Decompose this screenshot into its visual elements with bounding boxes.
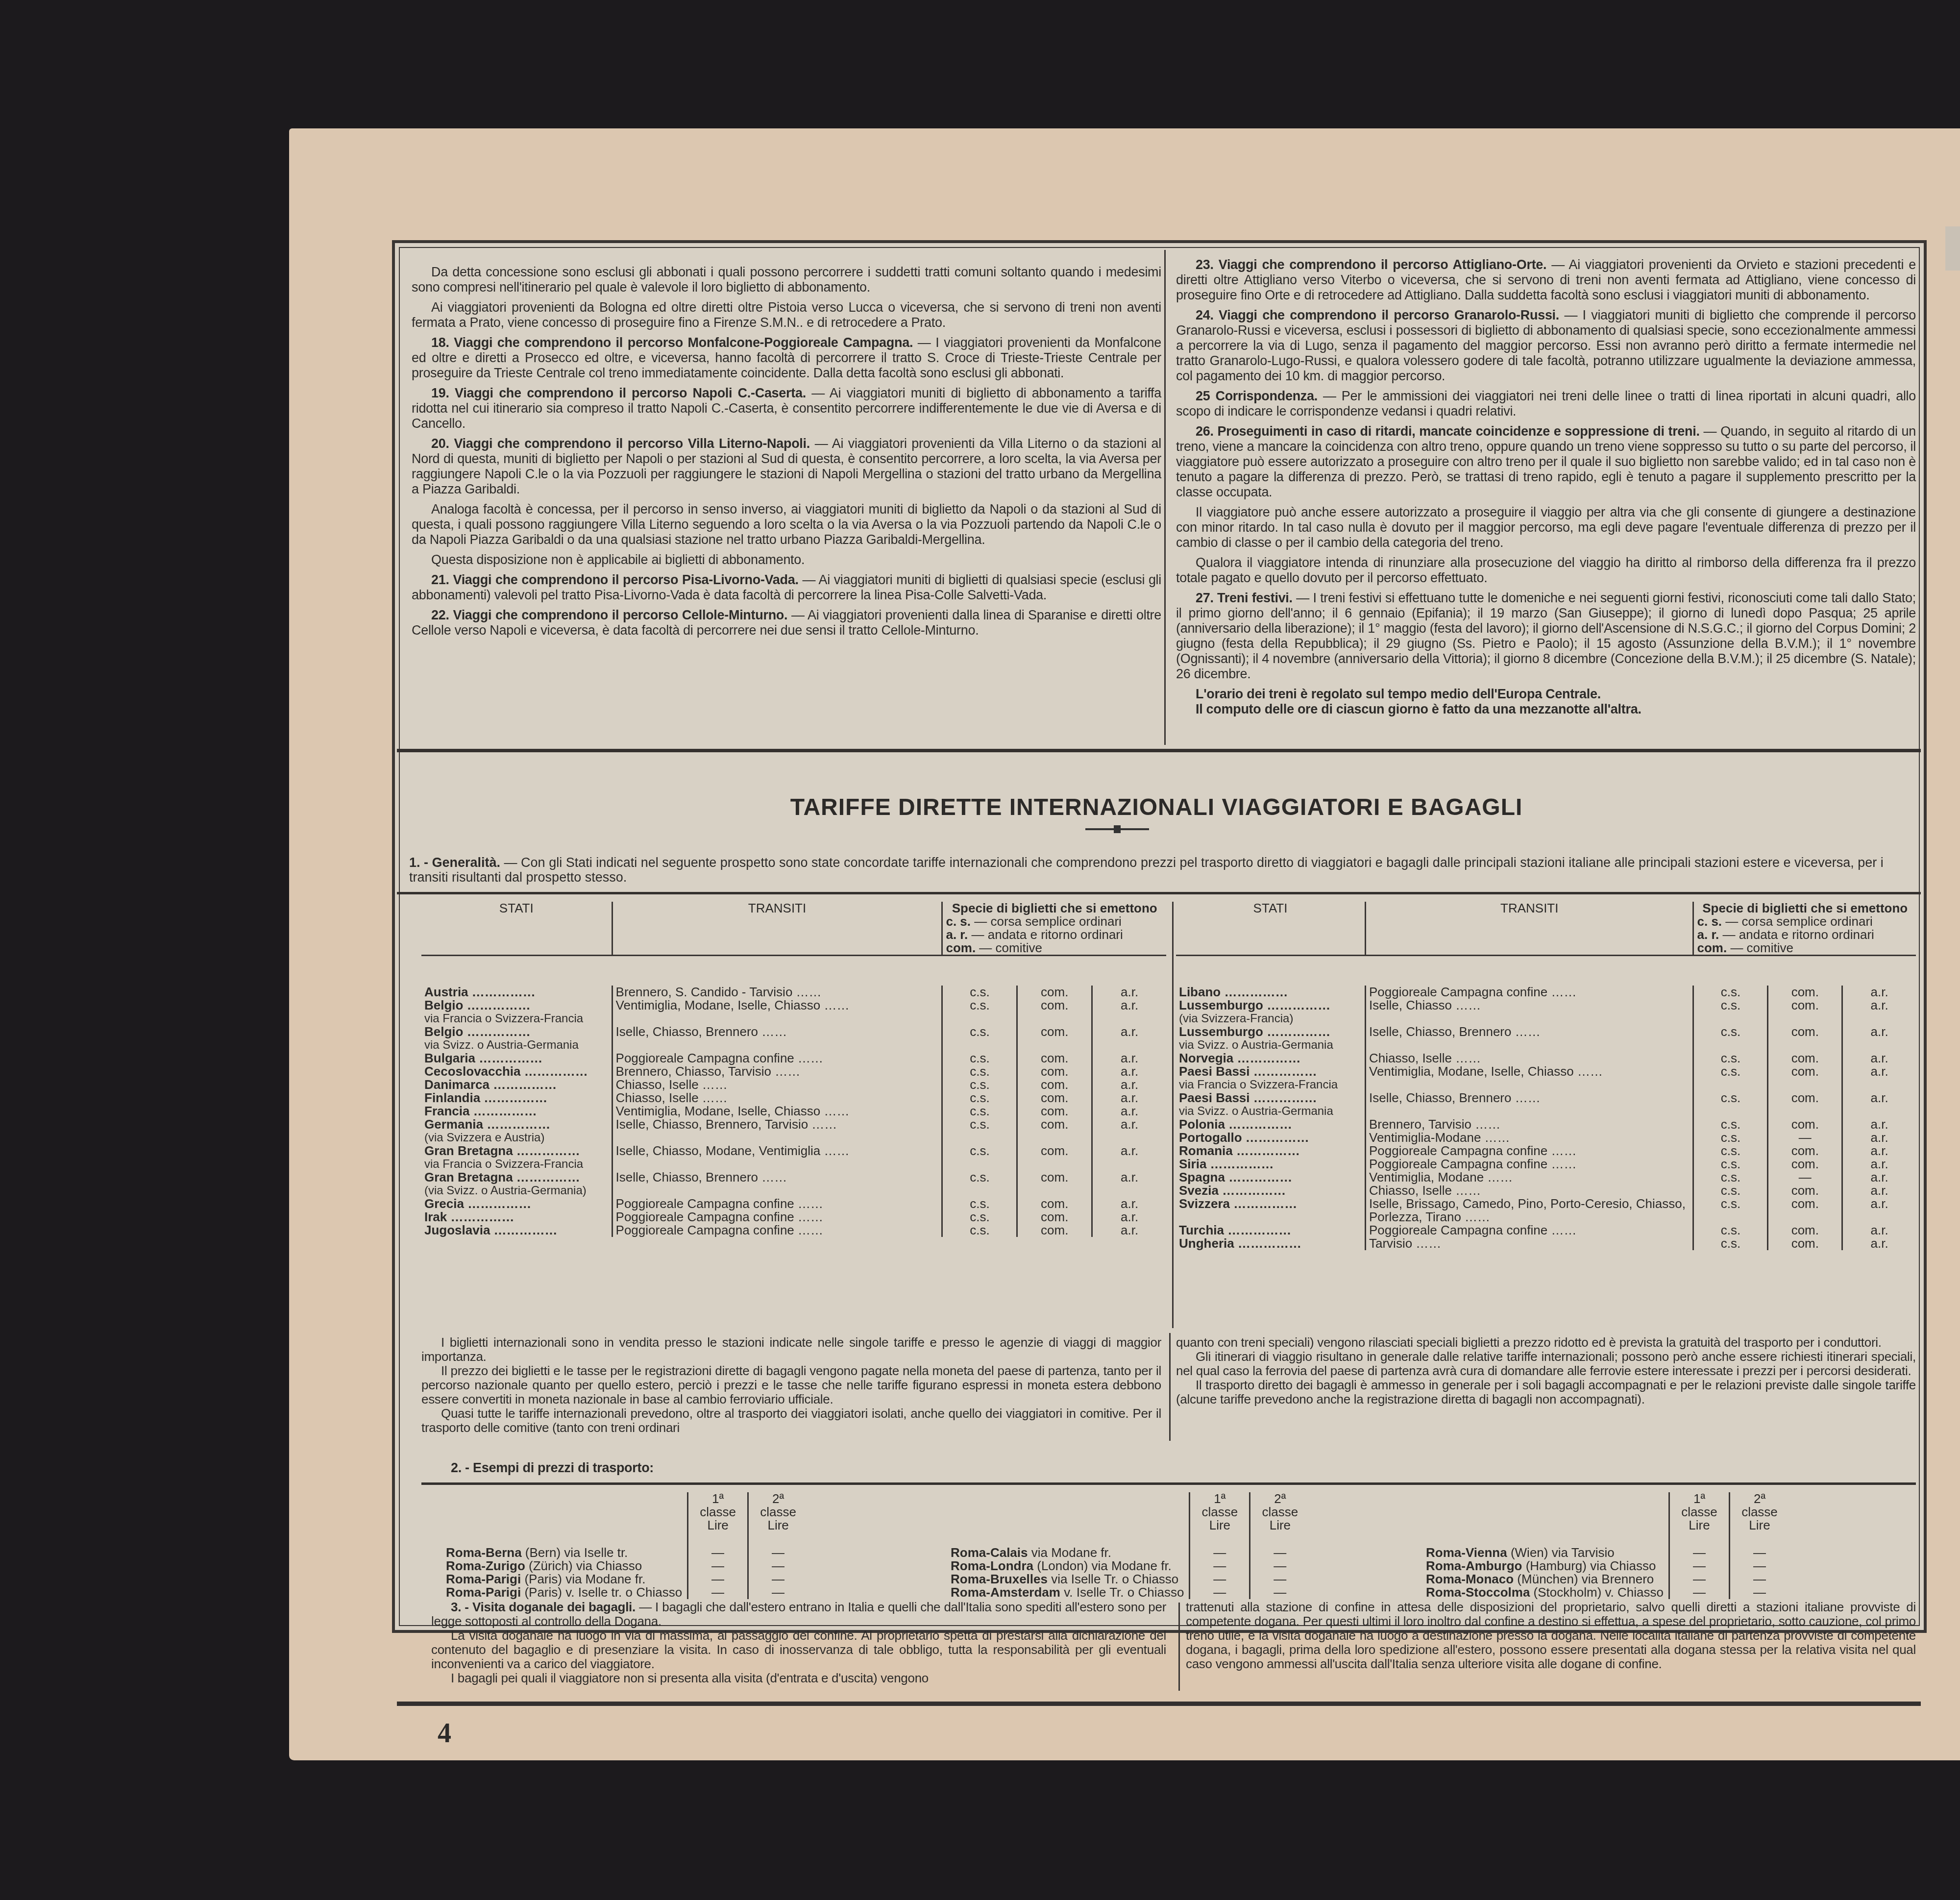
paragraph-heading: 26. Proseguimenti in caso di ritardi, ma…	[1196, 424, 1700, 439]
tariff-notes-right: quanto con treni speciali) vengono rilas…	[1176, 1335, 1916, 1406]
route-name: Roma-Stoccolma	[1426, 1585, 1530, 1600]
esempi-row: Roma-Berna (Bern) via Iselle tr.——	[441, 1546, 808, 1559]
stato-cell: Turchia ……………	[1176, 1224, 1366, 1237]
transiti-cell: Brennero, Chiasso, Tarvisio ……	[612, 1065, 942, 1078]
transiti-cell: Ventimiglia-Modane ……	[1366, 1131, 1693, 1144]
ticket-com: com.	[1017, 1144, 1092, 1171]
paragraph: Gli itinerari di viaggio risultano in ge…	[1176, 1350, 1916, 1378]
ticket-cs: c.s.	[1693, 999, 1768, 1025]
stato-cell: Lussemburgo ……………via Svizz. o Austria-Ge…	[1176, 1025, 1366, 1052]
route-cell: Roma-Monaco (München) via Brennero	[1421, 1573, 1669, 1586]
legend-code: c. s.	[1697, 914, 1722, 929]
paragraph-heading: 27. Treni festivi.	[1196, 591, 1293, 605]
esempi-row: Roma-Londra (London) via Modane fr.——	[946, 1559, 1309, 1573]
transiti-cell: Chiasso, Iselle ……	[1366, 1184, 1693, 1197]
legend-desc: — comitive	[1727, 940, 1793, 955]
page-number: 4	[438, 1718, 451, 1749]
route-cell: Roma-Calais via Modane fr.	[946, 1546, 1190, 1559]
paragraph-heading: 18. Viaggi che comprendono il percorso M…	[431, 335, 913, 350]
paragraph: Qualora il viaggiatore intenda di rinunz…	[1176, 555, 1916, 586]
price-2nd: —	[1250, 1573, 1310, 1586]
stato-cell: Norvegia ……………	[1176, 1052, 1366, 1065]
transiti-cell: Iselle, Chiasso, Modane, Ventimiglia ……	[612, 1144, 942, 1171]
paragraph: La visita doganale ha luogo in via di ma…	[431, 1629, 1166, 1671]
ticket-cs: c.s.	[942, 1171, 1017, 1197]
ticket-cs: c.s.	[942, 1065, 1017, 1078]
stato-name: Romania ……………	[1179, 1143, 1300, 1158]
transiti-cell: Poggioreale Campagna confine ……	[612, 1197, 942, 1210]
table-row: Belgio ……………via Francia o Svizzera-Franc…	[421, 999, 1166, 1025]
transiti-cell: Ventimiglia, Modane, Iselle, Chiasso ……	[612, 999, 942, 1025]
table-row: Gran Bretagna ……………via Francia o Svizzer…	[421, 1144, 1166, 1171]
ticket-ar: a.r.	[1842, 1118, 1916, 1131]
esempi-row: Roma-Amburgo (Hamburg) via Chiasso——	[1421, 1559, 1789, 1573]
ticket-com: com.	[1017, 1052, 1092, 1065]
transiti-cell: Iselle, Chiasso, Brennero ……	[1366, 1025, 1693, 1052]
paragraph: quanto con treni speciali) vengono rilas…	[1176, 1335, 1916, 1350]
price-2nd: —	[748, 1586, 808, 1599]
route-name: Roma-Parigi	[446, 1585, 521, 1600]
paragraph: Ai viaggiatori provenienti da Bologna ed…	[412, 300, 1161, 330]
paragraph-heading: 25 Corrispondenza.	[1196, 389, 1318, 403]
paragraph: Da detta concessione sono esclusi gli ab…	[412, 265, 1161, 295]
table-row: Danimarca ……………Chiasso, Iselle ……c.s.com…	[421, 1078, 1166, 1091]
paragraph: Il viaggiatore può anche essere autorizz…	[1176, 505, 1916, 550]
route-name: Roma-Parigi	[446, 1572, 521, 1586]
ticket-ar: a.r.	[1092, 1171, 1166, 1197]
legend-desc: — comitive	[976, 940, 1042, 955]
stato-name: Spagna ……………	[1179, 1170, 1292, 1184]
route-cell: Roma-Amburgo (Hamburg) via Chiasso	[1421, 1559, 1669, 1573]
generalita-paragraph: 1. - Generalità. — Con gli Stati indicat…	[409, 855, 1918, 885]
table-row: Francia ……………Ventimiglia, Modane, Iselle…	[421, 1105, 1166, 1118]
table-row: Turchia ……………Poggioreale Campagna confin…	[1176, 1224, 1916, 1237]
visita-divider	[1178, 1603, 1180, 1691]
stato-route: via Svizz. o Austria-Germania	[1179, 1105, 1362, 1118]
price-1st: —	[688, 1559, 748, 1573]
esempi-rule	[421, 1482, 1916, 1485]
stato-cell: Danimarca ……………	[421, 1078, 612, 1091]
class-header-1: 1ª classe Lire	[1190, 1492, 1250, 1546]
price-1st: —	[1669, 1546, 1729, 1559]
stato-route: (via Svizz. o Austria-Germania)	[424, 1184, 609, 1197]
price-1st: —	[1190, 1546, 1250, 1559]
paragraph: trattenuti alla stazione di confine in a…	[1186, 1600, 1916, 1671]
ticket-cs: c.s.	[942, 1078, 1017, 1091]
route-name: Roma-Vienna	[1426, 1545, 1507, 1560]
ticket-com: —	[1768, 1131, 1842, 1144]
paragraph-text: Il viaggiatore può anche essere autorizz…	[1176, 505, 1916, 550]
ticket-ar: a.r.	[1842, 999, 1916, 1025]
ticket-com: com.	[1768, 999, 1842, 1025]
ticket-ar: a.r.	[1092, 1065, 1166, 1078]
price-2nd: —	[1250, 1559, 1310, 1573]
price-1st: —	[688, 1546, 748, 1559]
table-row: Romania ……………Poggioreale Campagna confin…	[1176, 1144, 1916, 1158]
ticket-cs: c.s.	[942, 1144, 1017, 1171]
class-header-2: 2ª classe Lire	[1250, 1492, 1310, 1546]
specie-title: Specie di biglietti che si emettono	[946, 902, 1163, 915]
price-1st: —	[1190, 1559, 1250, 1573]
table-row: Jugoslavia ……………Poggioreale Campagna con…	[421, 1224, 1166, 1237]
stato-route: via Svizz. o Austria-Germania	[1179, 1038, 1362, 1052]
stato-name: Paesi Bassi ……………	[1179, 1090, 1317, 1105]
ticket-com: com.	[1768, 1052, 1842, 1065]
paragraph: Questa disposizione non è applicabile ai…	[412, 552, 1161, 568]
stato-name: Austria ……………	[424, 985, 536, 999]
ticket-cs: c.s.	[942, 1091, 1017, 1105]
stato-cell: Paesi Bassi ……………via Francia o Svizzera-…	[1176, 1065, 1366, 1091]
ticket-com: —	[1768, 1171, 1842, 1184]
ticket-com: com.	[1017, 1171, 1092, 1197]
ticket-ar: a.r.	[1092, 1025, 1166, 1052]
legend-item: com. — comitive	[946, 941, 1163, 955]
stato-route: via Svizz. o Austria-Germania	[424, 1038, 609, 1052]
ticket-com: com.	[1768, 1184, 1842, 1197]
header-stati: STATI	[1176, 902, 1366, 956]
stato-cell: Svizzera ……………	[1176, 1197, 1366, 1224]
transiti-cell: Chiasso, Iselle ……	[1366, 1052, 1693, 1065]
right-column: 23. Viaggi che comprendono il percorso A…	[1176, 257, 1916, 717]
route-detail: (Paris) v. Iselle tr. o Chiasso	[521, 1585, 682, 1600]
ticket-ar: a.r.	[1842, 1158, 1916, 1171]
stato-cell: Cecoslovacchia ……………	[421, 1065, 612, 1078]
route-detail: (London) via Modane fr.	[1033, 1558, 1172, 1573]
paragraph: 24. Viaggi che comprendono il percorso G…	[1176, 308, 1916, 384]
spacer	[421, 956, 1166, 986]
price-1st: —	[1669, 1559, 1729, 1573]
stato-name: Belgio ……………	[424, 1024, 531, 1039]
stato-name: Paesi Bassi ……………	[1179, 1064, 1317, 1079]
stato-route: via Francia o Svizzera-Francia	[424, 1012, 609, 1025]
table-row: Belgio ……………via Svizz. o Austria-Germani…	[421, 1025, 1166, 1052]
header-transiti: TRANSITI	[612, 902, 942, 956]
route-cell: Roma-Parigi (Paris) via Modane fr.	[441, 1573, 688, 1586]
transiti-cell: Tarvisio ……	[1366, 1237, 1693, 1250]
ticket-cs: c.s.	[1693, 1131, 1768, 1144]
stato-name: Germania ……………	[424, 1117, 550, 1132]
paragraph-heading: 24. Viaggi che comprendono il percorso G…	[1196, 308, 1559, 322]
table-top-rule	[397, 892, 1921, 894]
table-header-row: STATITRANSITISpecie di biglietti che si …	[421, 902, 1166, 956]
route-cell: Roma-Parigi (Paris) v. Iselle tr. o Chia…	[441, 1586, 688, 1599]
table-row: Lussemburgo ……………via Svizz. o Austria-Ge…	[1176, 1025, 1916, 1052]
price-1st: —	[1190, 1573, 1250, 1586]
paragraph-heading: 20. Viaggi che comprendono il percorso V…	[431, 436, 810, 451]
ticket-cs: c.s.	[942, 999, 1017, 1025]
route-detail: (München) via Brennero	[1514, 1572, 1654, 1586]
price-2nd: —	[748, 1573, 808, 1586]
ticket-com: com.	[1768, 1197, 1842, 1224]
legend-item: com. — comitive	[1697, 941, 1913, 955]
table-row: Svezia ……………Chiasso, Iselle ……c.s.com.a.…	[1176, 1184, 1916, 1197]
route-detail: (Stockholm) v. Chiasso	[1530, 1585, 1664, 1600]
ticket-com: com.	[1768, 1144, 1842, 1158]
route-cell: Roma-Stoccolma (Stockholm) v. Chiasso	[1421, 1586, 1669, 1599]
stato-cell: Francia ……………	[421, 1105, 612, 1118]
timetable-note: Il computo delle ore di ciascun giorno è…	[1176, 702, 1916, 717]
stato-cell: Irak ……………	[421, 1210, 612, 1224]
route-cell: Roma-Amsterdam v. Iselle Tr. o Chiasso	[946, 1586, 1190, 1599]
visita-right: trattenuti alla stazione di confine in a…	[1186, 1600, 1916, 1676]
stato-cell: Gran Bretagna ……………via Francia o Svizzer…	[421, 1144, 612, 1171]
ticket-ar: a.r.	[1842, 1091, 1916, 1118]
route-cell: Roma-Bruxelles via Iselle Tr. o Chiasso	[946, 1573, 1190, 1586]
paragraph-text: Ai viaggiatori provenienti da Bologna ed…	[412, 300, 1161, 330]
ticket-cs: c.s.	[1693, 1224, 1768, 1237]
esempi-table: 1ª classe Lire2ª classe LireRoma-Calais …	[946, 1492, 1309, 1599]
paragraph-text: Questa disposizione non è applicabile ai…	[431, 552, 805, 567]
ticket-cs: c.s.	[1693, 1025, 1768, 1052]
ticket-com: com.	[1017, 999, 1092, 1025]
stato-cell: Bulgaria ……………	[421, 1052, 612, 1065]
paragraph-heading: 22. Viaggi che comprendono il percorso C…	[431, 608, 787, 622]
stato-name: Libano ……………	[1179, 985, 1288, 999]
route-detail: (Paris) via Modane fr.	[521, 1572, 645, 1586]
stato-cell: Austria ……………	[421, 986, 612, 999]
route-name: Roma-Amburgo	[1426, 1558, 1522, 1573]
route-detail: (Hamburg) via Chiasso	[1522, 1558, 1656, 1573]
transiti-cell: Iselle, Chiasso, Brennero ……	[1366, 1091, 1693, 1118]
ticket-com: com.	[1017, 986, 1092, 999]
stato-route: (via Svizzera-Francia)	[1179, 1012, 1362, 1025]
price-1st: —	[688, 1586, 748, 1599]
transiti-cell: Ventimiglia, Modane, Iselle, Chiasso ……	[1366, 1065, 1693, 1091]
paragraph: I bagagli pei quali il viaggiatore non s…	[431, 1671, 1166, 1685]
ticket-cs: c.s.	[1693, 1052, 1768, 1065]
stato-cell: Siria ……………	[1176, 1158, 1366, 1171]
price-2nd: —	[1250, 1546, 1310, 1559]
paragraph-heading: 21. Viaggi che comprendono il percorso P…	[431, 572, 799, 587]
ticket-cs: c.s.	[1693, 1091, 1768, 1118]
stato-name: Francia ……………	[424, 1104, 537, 1118]
ticket-cs: c.s.	[942, 1210, 1017, 1224]
stato-name: Bulgaria ……………	[424, 1051, 542, 1065]
stato-cell: Germania ……………(via Svizzera e Austria)	[421, 1118, 612, 1144]
price-2nd: —	[1729, 1559, 1789, 1573]
route-cell: Roma-Londra (London) via Modane fr.	[946, 1559, 1190, 1573]
column-divider	[1164, 250, 1166, 745]
ticket-ar: a.r.	[1842, 1197, 1916, 1224]
table-row: Siria ……………Poggioreale Campagna confine …	[1176, 1158, 1916, 1171]
esempi-row: Roma-Bruxelles via Iselle Tr. o Chiasso—…	[946, 1573, 1309, 1586]
stati-table-left: STATITRANSITISpecie di biglietti che si …	[421, 902, 1166, 1237]
transiti-cell: Poggioreale Campagna confine ……	[612, 1224, 942, 1237]
price-2nd: —	[1250, 1586, 1310, 1599]
paragraph-text: Qualora il viaggiatore intenda di rinunz…	[1176, 555, 1916, 585]
ticket-ar: a.r.	[1842, 1237, 1916, 1250]
stato-name: Svizzera ……………	[1179, 1196, 1297, 1211]
route-name: Roma-Londra	[951, 1558, 1033, 1573]
esempi-row: Roma-Calais via Modane fr.——	[946, 1546, 1309, 1559]
stato-name: Grecia ……………	[424, 1196, 531, 1211]
route-detail: via Iselle Tr. o Chiasso	[1048, 1572, 1178, 1586]
esempi-header: 1ª classe Lire2ª classe Lire	[1421, 1492, 1789, 1546]
stato-name: Polonia ……………	[1179, 1117, 1292, 1132]
stato-name: Svezia ……………	[1179, 1183, 1286, 1198]
esempi-row: Roma-Zurigo (Zürich) via Chiasso——	[441, 1559, 808, 1573]
transiti-cell: Chiasso, Iselle ……	[612, 1091, 942, 1105]
table-row: Lussemburgo ……………(via Svizzera-Francia)I…	[1176, 999, 1916, 1025]
stato-cell: Finlandia ……………	[421, 1091, 612, 1105]
ticket-cs: c.s.	[1693, 1197, 1768, 1224]
route-name: Roma-Amsterdam	[951, 1585, 1060, 1600]
stato-cell: Belgio ……………via Svizz. o Austria-Germani…	[421, 1025, 612, 1052]
route-name: Roma-Bruxelles	[951, 1572, 1048, 1586]
route-detail: v. Iselle Tr. o Chiasso	[1060, 1585, 1184, 1600]
esempi-row: Roma-Parigi (Paris) via Modane fr.——	[441, 1573, 808, 1586]
ticket-cs: c.s.	[942, 1025, 1017, 1052]
transiti-cell: Poggioreale Campagna confine ……	[1366, 986, 1693, 999]
stato-cell: Belgio ……………via Francia o Svizzera-Franc…	[421, 999, 612, 1025]
stato-name: Danimarca ……………	[424, 1077, 557, 1092]
ticket-cs: c.s.	[1693, 1118, 1768, 1131]
ticket-com: com.	[1768, 1158, 1842, 1171]
class-header-1: 1ª classe Lire	[1669, 1492, 1729, 1546]
ticket-cs: c.s.	[1693, 1237, 1768, 1250]
ticket-ar: a.r.	[1092, 1144, 1166, 1171]
ticket-ar: a.r.	[1092, 1224, 1166, 1237]
legend-code: c. s.	[946, 914, 971, 929]
esempi-header: 1ª classe Lire2ª classe Lire	[441, 1492, 808, 1546]
ticket-com: com.	[1017, 1210, 1092, 1224]
transiti-cell: Iselle, Brissago, Camedo, Pino, Porto-Ce…	[1366, 1197, 1693, 1224]
spacer	[1176, 956, 1916, 986]
table-row: Ungheria ……………Tarvisio ……c.s.com.a.r.	[1176, 1237, 1916, 1250]
route-header	[441, 1492, 688, 1546]
table-row: Polonia ……………Brennero, Tarvisio ……c.s.co…	[1176, 1118, 1916, 1131]
table-row: Austria ……………Brennero, S. Candido - Tarv…	[421, 986, 1166, 999]
stato-route: (via Svizzera e Austria)	[424, 1131, 609, 1144]
paragraph: Il trasporto diretto dei bagagli è ammes…	[1176, 1378, 1916, 1406]
ticket-com: com.	[1768, 1025, 1842, 1052]
ticket-ar: a.r.	[1092, 1197, 1166, 1210]
ticket-cs: c.s.	[942, 1052, 1017, 1065]
legend-item: c. s. — corsa semplice ordinari	[946, 915, 1163, 928]
stato-cell: Svezia ……………	[1176, 1184, 1366, 1197]
table-row: Grecia ……………Poggioreale Campagna confine…	[421, 1197, 1166, 1210]
section-rule	[397, 749, 1921, 752]
paragraph: 21. Viaggi che comprendono il percorso P…	[412, 572, 1161, 603]
route-cell: Roma-Vienna (Wien) via Tarvisio	[1421, 1546, 1669, 1559]
transiti-cell: Iselle, Chiasso, Brennero ……	[612, 1171, 942, 1197]
stato-cell: Romania ……………	[1176, 1144, 1366, 1158]
paragraph: 22. Viaggi che comprendono il percorso C…	[412, 608, 1161, 638]
legend-desc: — andata e ritorno ordinari	[1719, 927, 1874, 942]
stato-name: Turchia ……………	[1179, 1223, 1291, 1237]
spacer-row	[1176, 956, 1916, 986]
ticket-com: com.	[1768, 1091, 1842, 1118]
title-ornament	[1085, 828, 1149, 830]
price-1st: —	[1669, 1573, 1729, 1586]
ticket-ar: a.r.	[1092, 1078, 1166, 1091]
legend-code: com.	[1697, 940, 1727, 955]
class-header-2: 2ª classe Lire	[748, 1492, 808, 1546]
paragraph: 20. Viaggi che comprendono il percorso V…	[412, 436, 1161, 497]
class-header-2: 2ª classe Lire	[1729, 1492, 1789, 1546]
route-detail: (Zürich) via Chiasso	[525, 1558, 642, 1573]
route-name: Roma-Berna	[446, 1545, 522, 1560]
ticket-com: com.	[1017, 1065, 1092, 1078]
stato-cell: Polonia ……………	[1176, 1118, 1366, 1131]
route-name: Roma-Calais	[951, 1545, 1028, 1560]
stato-name: Norvegia ……………	[1179, 1051, 1301, 1065]
paragraph: 23. Viaggi che comprendono il percorso A…	[1176, 257, 1916, 303]
esempi-table: 1ª classe Lire2ª classe LireRoma-Berna (…	[441, 1492, 808, 1599]
paragraph: 18. Viaggi che comprendono il percorso M…	[412, 335, 1161, 381]
stato-cell: Jugoslavia ……………	[421, 1224, 612, 1237]
header-stati: STATI	[421, 902, 612, 956]
legend-desc: — andata e ritorno ordinari	[968, 927, 1123, 942]
generalita-text: — Con gli Stati indicati nel seguente pr…	[409, 855, 1884, 885]
paragraph: I biglietti internazionali sono in vendi…	[421, 1335, 1161, 1364]
route-detail: (Wien) via Tarvisio	[1507, 1545, 1615, 1560]
stato-cell: Grecia ……………	[421, 1197, 612, 1210]
ticket-cs: c.s.	[1693, 1065, 1768, 1091]
ticket-com: com.	[1017, 1091, 1092, 1105]
table-row: Gran Bretagna ……………(via Svizz. o Austria…	[421, 1171, 1166, 1197]
ticket-com: com.	[1017, 1025, 1092, 1052]
table-row: Spagna ……………Ventimiglia, Modane ……c.s.—a…	[1176, 1171, 1916, 1184]
transiti-cell: Poggioreale Campagna confine ……	[1366, 1224, 1693, 1237]
ticket-ar: a.r.	[1092, 999, 1166, 1025]
ticket-ar: a.r.	[1092, 986, 1166, 999]
ticket-cs: c.s.	[942, 1105, 1017, 1118]
generalita-heading: 1. - Generalità.	[409, 855, 500, 870]
ticket-com: com.	[1768, 986, 1842, 999]
price-2nd: —	[1729, 1586, 1789, 1599]
table-row: Bulgaria ……………Poggioreale Campagna confi…	[421, 1052, 1166, 1065]
ticket-ar: a.r.	[1842, 1171, 1916, 1184]
transiti-cell: Poggioreale Campagna confine ……	[612, 1052, 942, 1065]
route-cell: Roma-Zurigo (Zürich) via Chiasso	[441, 1559, 688, 1573]
route-cell: Roma-Berna (Bern) via Iselle tr.	[441, 1546, 688, 1559]
class-header-1: 1ª classe Lire	[688, 1492, 748, 1546]
ticket-com: com.	[1768, 1224, 1842, 1237]
price-2nd: —	[1729, 1573, 1789, 1586]
ticket-com: com.	[1768, 1118, 1842, 1131]
ticket-ar: a.r.	[1842, 1144, 1916, 1158]
stato-name: Gran Bretagna ……………	[424, 1170, 580, 1184]
ticket-ar: a.r.	[1092, 1210, 1166, 1224]
visita-heading: 3. - Visita doganale dei bagagli.	[451, 1600, 636, 1614]
legend-code: a. r.	[946, 927, 968, 942]
legend-code: a. r.	[1697, 927, 1719, 942]
esempi-row: Roma-Monaco (München) via Brennero——	[1421, 1573, 1789, 1586]
ticket-cs: c.s.	[942, 1197, 1017, 1210]
table-row: Norvegia ……………Chiasso, Iselle ……c.s.com.…	[1176, 1052, 1916, 1065]
legend-code: com.	[946, 940, 976, 955]
ticket-ar: a.r.	[1842, 986, 1916, 999]
paragraph: Quasi tutte le tariffe internazionali pr…	[421, 1406, 1161, 1435]
paragraph-text: Da detta concessione sono esclusi gli ab…	[412, 265, 1161, 295]
paragraph: 19. Viaggi che comprendono il percorso N…	[412, 386, 1161, 431]
route-detail: (Bern) via Iselle tr.	[522, 1545, 628, 1560]
transiti-cell: Iselle, Chiasso, Brennero ……	[612, 1025, 942, 1052]
stato-name: Finlandia ……………	[424, 1090, 547, 1105]
ticket-com: com.	[1017, 1105, 1092, 1118]
left-column: Da detta concessione sono esclusi gli ab…	[412, 265, 1161, 643]
stato-cell: Lussemburgo ……………(via Svizzera-Francia)	[1176, 999, 1366, 1025]
legend-item: a. r. — andata e ritorno ordinari	[946, 928, 1163, 941]
paragraph-heading: 23. Viaggi che comprendono il percorso A…	[1196, 257, 1546, 272]
stato-cell: Gran Bretagna ……………(via Svizz. o Austria…	[421, 1171, 612, 1197]
stato-cell: Ungheria ……………	[1176, 1237, 1366, 1250]
ticket-ar: a.r.	[1092, 1052, 1166, 1065]
paragraph-text: Analoga facoltà è concessa, per il perco…	[412, 502, 1161, 547]
ticket-ar: a.r.	[1842, 1131, 1916, 1144]
esempi-header: 1ª classe Lire2ª classe Lire	[946, 1492, 1309, 1546]
